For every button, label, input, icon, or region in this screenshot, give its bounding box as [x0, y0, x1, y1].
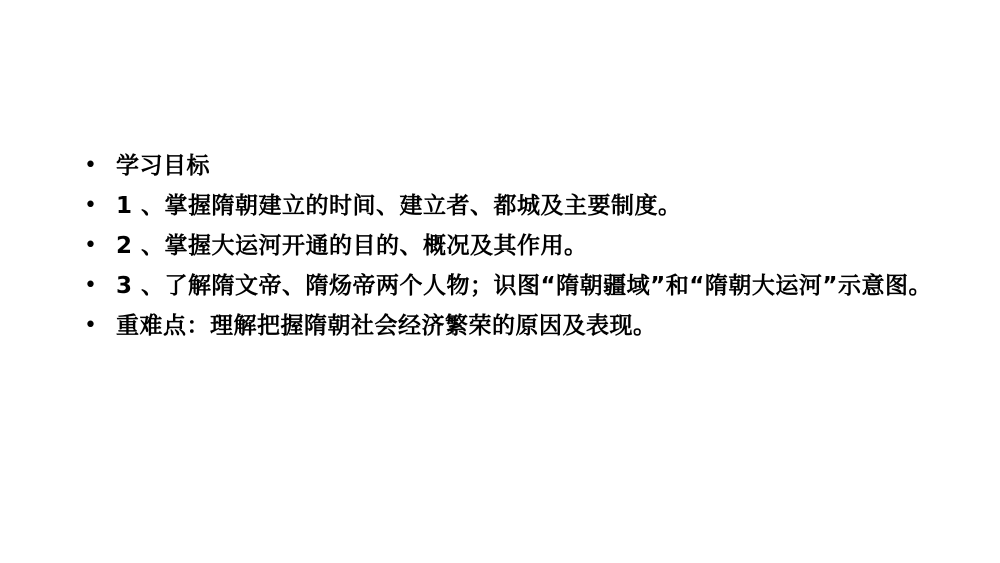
bullet-item-objective-3: • 3 、了解隋文帝、隋炀帝两个人物；识图“隋朝疆域”和“隋朝大运河”示意图。 [80, 272, 940, 300]
bullet-text: 重难点：理解把握隋朝社会经济繁荣的原因及表现。 [116, 312, 940, 340]
bullet-text: 1 、掌握隋朝建立的时间、建立者、都城及主要制度。 [116, 192, 940, 220]
bullet-icon: • [84, 192, 97, 220]
bullet-text: 3 、了解隋文帝、隋炀帝两个人物；识图“隋朝疆域”和“隋朝大运河”示意图。 [116, 272, 940, 300]
bullet-item-title: • 学习目标 [80, 152, 940, 180]
bullet-icon: • [84, 232, 97, 260]
bullet-text: 2 、掌握大运河开通的目的、概况及其作用。 [116, 232, 940, 260]
slide: • 学习目标 • 1 、掌握隋朝建立的时间、建立者、都城及主要制度。 • 2 、… [0, 0, 1000, 563]
bullet-list: • 学习目标 • 1 、掌握隋朝建立的时间、建立者、都城及主要制度。 • 2 、… [80, 152, 940, 352]
bullet-item-objective-1: • 1 、掌握隋朝建立的时间、建立者、都城及主要制度。 [80, 192, 940, 220]
bullet-item-key-points: • 重难点：理解把握隋朝社会经济繁荣的原因及表现。 [80, 312, 940, 340]
bullet-text: 学习目标 [116, 152, 940, 180]
bullet-item-objective-2: • 2 、掌握大运河开通的目的、概况及其作用。 [80, 232, 940, 260]
bullet-icon: • [84, 312, 97, 340]
bullet-icon: • [84, 152, 97, 180]
bullet-icon: • [84, 272, 97, 300]
